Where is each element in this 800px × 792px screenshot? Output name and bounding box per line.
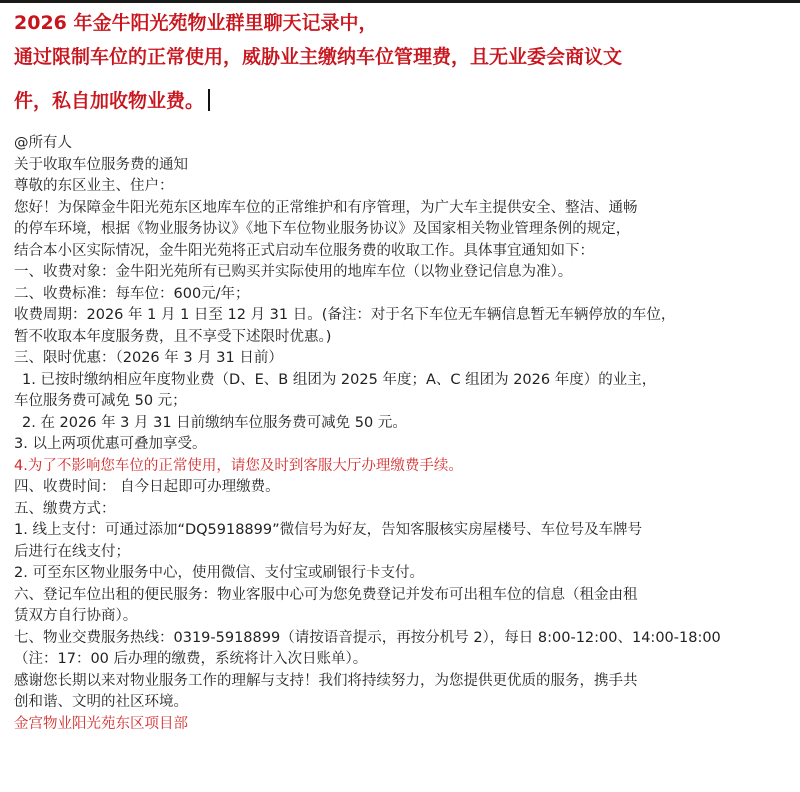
section-7-line-1: 七、物业交费服务热线：0319-5918899（请按语音提示，再按分机号 2），… bbox=[14, 628, 794, 650]
section-6-line-1: 六、登记车位出租的便民服务：物业客服中心可为您免费登记并发布可出租车位的信息（租… bbox=[14, 585, 794, 607]
mention: @所有人 bbox=[14, 133, 794, 155]
notice-title: 关于收取车位服务费的通知 bbox=[14, 155, 794, 177]
period-line-2: 暂不收取本年度服务费，且不享受下述限时优惠。) bbox=[14, 327, 794, 349]
headline-line-3-text: 件，私自加收物业费。 bbox=[14, 90, 204, 112]
period-line-1: 收费周期：2026 年 1 月 1 日至 12 月 31 日。(备注：对于名下车… bbox=[14, 305, 794, 327]
text-cursor bbox=[208, 89, 210, 111]
pay-method-1-line-2: 后进行在线支付； bbox=[14, 542, 794, 564]
closing-line-1: 感谢您长期以来对物业服务工作的理解与支持！我们将持续努力，为您提供更优质的服务，… bbox=[14, 671, 794, 693]
section-6-line-2: 赁双方自行协商）。 bbox=[14, 606, 794, 628]
discount-3: 3. 以上两项优惠可叠加享受。 bbox=[14, 434, 794, 456]
top-border bbox=[0, 0, 800, 3]
headline-line-2: 通过限制车位的正常使用，威胁业主缴纳车位管理费，且无业委会商议文 bbox=[14, 42, 794, 86]
section-1-target: 一、收费对象：金牛阳光苑所有已购买并实际使用的地库车位（以物业登记信息为准）。 bbox=[14, 262, 794, 284]
section-4-time: 四、收费时间： 自今日起即可办理缴费。 bbox=[14, 477, 794, 499]
intro-line-1: 您好！为保障金牛阳光苑东区地库车位的正常维护和有序管理，为广大车主提供安全、整洁… bbox=[14, 198, 794, 220]
section-2-standard: 二、收费标准：每车位：600元/年； bbox=[14, 284, 794, 306]
signature: 金宫物业阳光苑东区项目部 bbox=[14, 714, 794, 736]
section-5-methods: 五、缴费方式： bbox=[14, 499, 794, 521]
discount-1-line-2: 车位服务费可减免 50 元； bbox=[14, 391, 794, 413]
headline: 2026 年金牛阳光苑物业群里聊天记录中， 通过限制车位的正常使用，威胁业主缴纳… bbox=[14, 8, 794, 130]
intro-line-3: 结合本小区实际情况，金牛阳光苑将正式启动车位服务费的收取工作。具体事宜通知如下： bbox=[14, 241, 794, 263]
headline-line-3: 件，私自加收物业费。 bbox=[14, 86, 794, 130]
intro-line-2: 的停车环境，根据《物业服务协议》《地下车位物业服务协议》及国家相关物业管理条例的… bbox=[14, 219, 794, 241]
greeting: 尊敬的东区业主、住户： bbox=[14, 176, 794, 198]
discount-2: 2. 在 2026 年 3 月 31 日前缴纳车位服务费可减免 50 元。 bbox=[14, 413, 794, 435]
closing-line-2: 创和谐、文明的社区环境。 bbox=[14, 692, 794, 714]
section-3-discount: 三、限时优惠：（2026 年 3 月 31 日前） bbox=[14, 348, 794, 370]
section-7-line-2: （注：17：00 后办理的缴费，系统将计入次日账单）。 bbox=[14, 649, 794, 671]
pay-method-2: 2. 可至东区物业服务中心，使用微信、支付宝或刷银行卡支付。 bbox=[14, 563, 794, 585]
notice-body: @所有人 关于收取车位服务费的通知 尊敬的东区业主、住户： 您好！为保障金牛阳光… bbox=[14, 133, 794, 735]
warning-text: 4.为了不影响您车位的正常使用，请您及时到客服大厅办理缴费手续。 bbox=[14, 456, 794, 478]
headline-line-1: 2026 年金牛阳光苑物业群里聊天记录中， bbox=[14, 8, 794, 42]
discount-1-line-1: 1. 已按时缴纳相应年度物业费（D、E、B 组团为 2025 年度；A、C 组团… bbox=[14, 370, 794, 392]
pay-method-1-line-1: 1. 线上支付：可通过添加“DQ5918899”微信号为好友，告知客服核实房屋楼… bbox=[14, 520, 794, 542]
